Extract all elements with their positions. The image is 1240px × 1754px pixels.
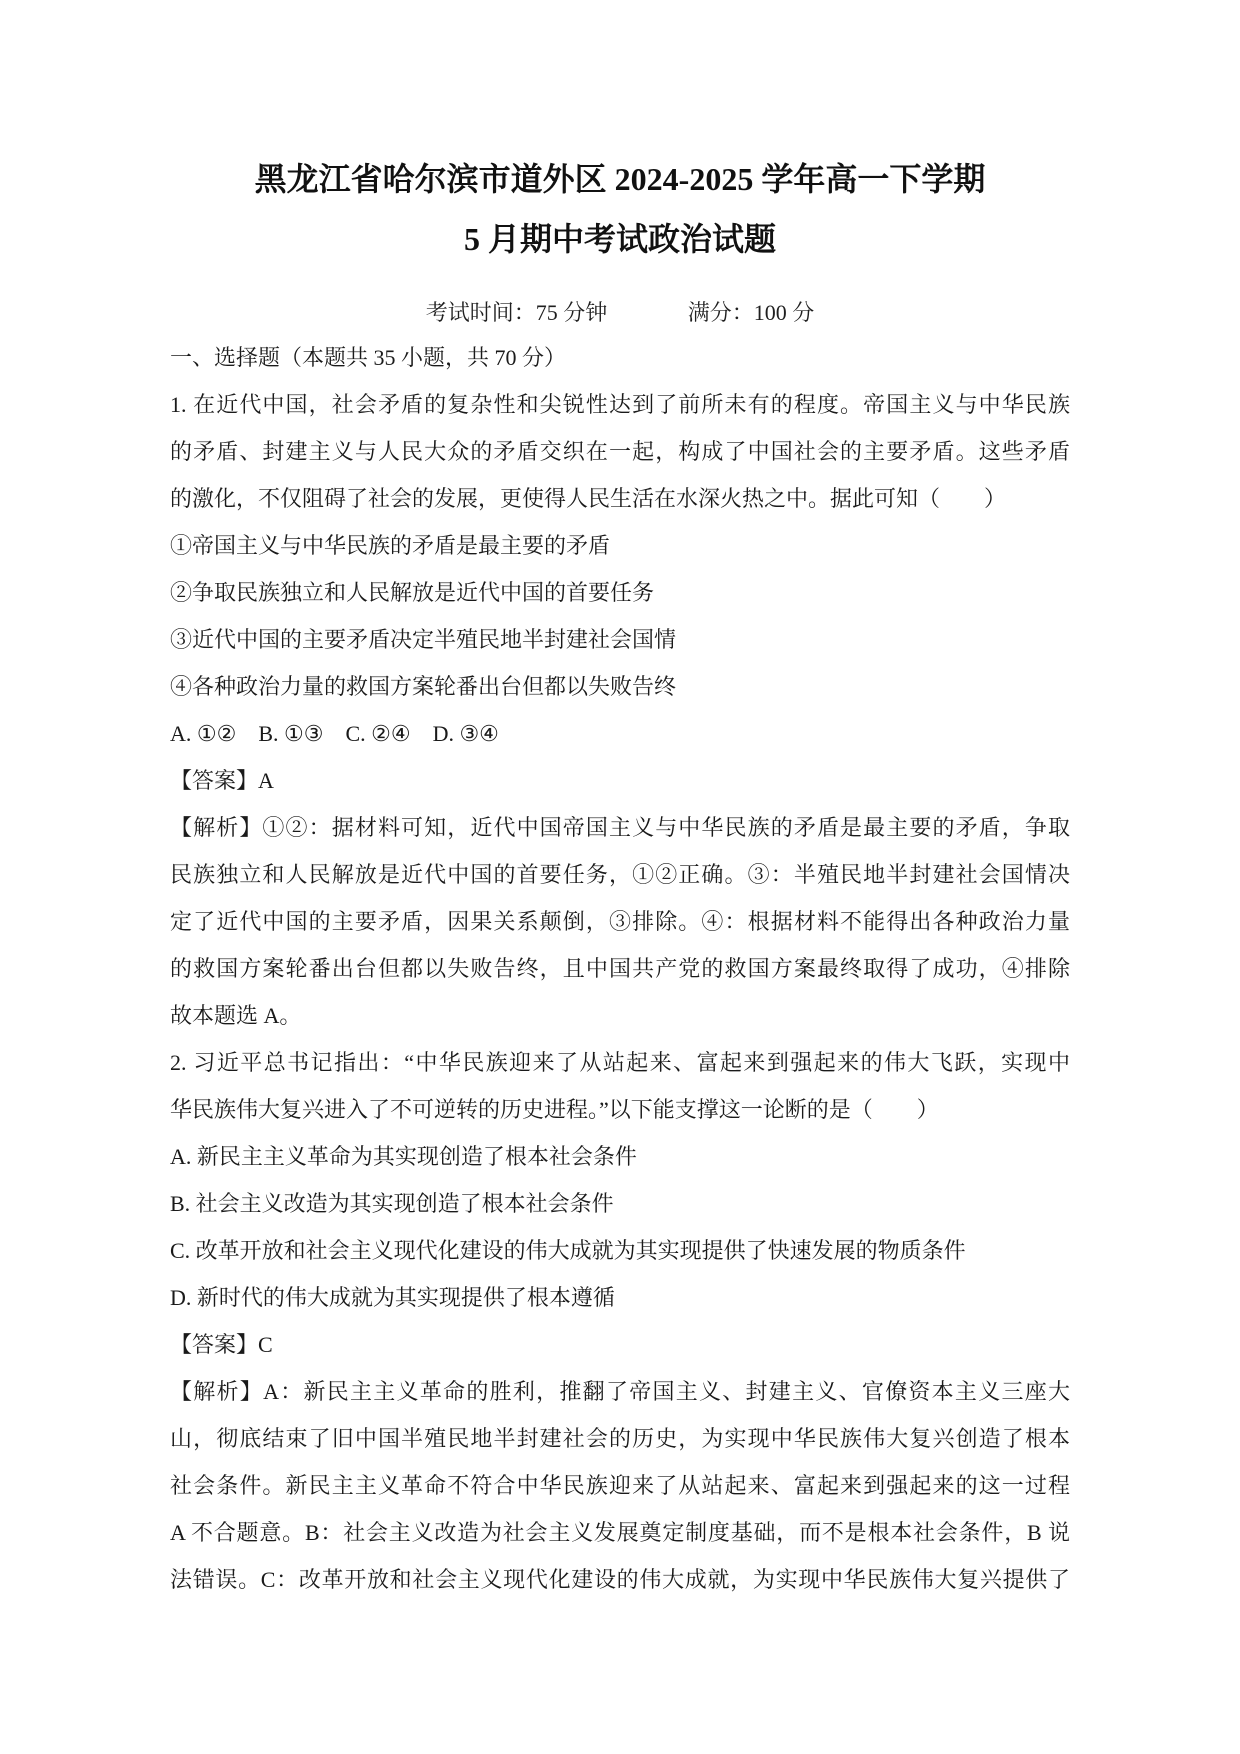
question-1-analysis-line: 民族独立和人民解放是近代中国的首要任务，①②正确。③：半殖民地半封建社会国情决 xyxy=(170,851,1070,898)
question-2-analysis-line: 社会条件。新民主主义革命不符合中华民族迎来了从站起来、富起来到强起来的这一过程 xyxy=(170,1462,1070,1509)
question-1-analysis-line: 的救国方案轮番出台但都以失败告终，且中国共产党的救国方案最终取得了成功，④排除 xyxy=(170,945,1070,992)
question-1-options: A. ①② B. ①③ C. ②④ D. ③④ xyxy=(170,710,1070,757)
exam-title-line1: 黑龙江省哈尔滨市道外区 2024-2025 学年高一下学期 xyxy=(0,0,1240,200)
question-2-option-b: B. 社会主义改造为其实现创造了根本社会条件 xyxy=(170,1180,1070,1227)
question-2-option-a: A. 新民主主义革命为其实现创造了根本社会条件 xyxy=(170,1133,1070,1180)
exam-full-score-label: 满分：100 分 xyxy=(688,300,815,326)
question-2-analysis-line: 【解析】A：新民主主义革命的胜利，推翻了帝国主义、封建主义、官僚资本主义三座大 xyxy=(170,1368,1070,1415)
question-1-answer: 【答案】A xyxy=(170,757,1070,804)
exam-document-page: 黑龙江省哈尔滨市道外区 2024-2025 学年高一下学期 5 月期中考试政治试… xyxy=(0,0,1240,1754)
question-1-analysis-line: 【解析】①②：据材料可知，近代中国帝国主义与中华民族的矛盾是最主要的矛盾，争取 xyxy=(170,804,1070,851)
question-1-analysis-conclusion: 故本题选 A。 xyxy=(170,992,1070,1039)
question-2-answer: 【答案】C xyxy=(170,1321,1070,1368)
question-1-stem-line: 的激化，不仅阻碍了社会的发展，更使得人民生活在水深火热之中。据此可知（ ） xyxy=(170,475,1070,522)
question-1-item-2: ②争取民族独立和人民解放是近代中国的首要任务 xyxy=(170,569,1070,616)
exam-info-line: 考试时间：75 分钟 满分：100 分 xyxy=(0,300,1240,326)
question-1-item-4: ④各种政治力量的救国方案轮番出台但都以失败告终 xyxy=(170,663,1070,710)
question-2-stem-line: 华民族伟大复兴进入了不可逆转的历史进程。”以下能支撑这一论断的是（ ） xyxy=(170,1086,1070,1133)
question-1-stem-line: 的矛盾、封建主义与人民大众的矛盾交织在一起，构成了中国社会的主要矛盾。这些矛盾 xyxy=(170,428,1070,475)
question-2-option-c: C. 改革开放和社会主义现代化建设的伟大成就为其实现提供了快速发展的物质条件 xyxy=(170,1227,1070,1274)
question-1-item-1: ①帝国主义与中华民族的矛盾是最主要的矛盾 xyxy=(170,522,1070,569)
exam-title-line2: 5 月期中考试政治试题 xyxy=(0,218,1240,260)
question-2-analysis-line: 山，彻底结束了旧中国半殖民地半封建社会的历史，为实现中华民族伟大复兴创造了根本 xyxy=(170,1415,1070,1462)
question-2-analysis-line: A 不合题意。B：社会主义改造为社会主义发展奠定制度基础，而不是根本社会条件，B… xyxy=(170,1509,1070,1556)
section-heading: 一、选择题（本题共 35 小题，共 70 分） xyxy=(170,334,1070,381)
question-2-option-d: D. 新时代的伟大成就为其实现提供了根本遵循 xyxy=(170,1274,1070,1321)
question-1-stem-line: 1. 在近代中国，社会矛盾的复杂性和尖锐性达到了前所未有的程度。帝国主义与中华民… xyxy=(170,381,1070,428)
question-2-analysis-line: 法错误。C：改革开放和社会主义现代化建设的伟大成就，为实现中华民族伟大复兴提供了 xyxy=(170,1556,1070,1603)
question-1-analysis-line: 定了近代中国的主要矛盾，因果关系颠倒，③排除。④：根据材料不能得出各种政治力量 xyxy=(170,898,1070,945)
question-1-item-3: ③近代中国的主要矛盾决定半殖民地半封建社会国情 xyxy=(170,616,1070,663)
exam-text-lines: 1. 在近代中国，社会矛盾的复杂性和尖锐性达到了前所未有的程度。帝国主义与中华民… xyxy=(170,381,1070,1603)
question-2-stem-line: 2. 习近平总书记指出：“中华民族迎来了从站起来、富起来到强起来的伟大飞跃，实现… xyxy=(170,1039,1070,1086)
exam-body: 一、选择题（本题共 35 小题，共 70 分） 1. 在近代中国，社会矛盾的复杂… xyxy=(170,334,1070,1603)
exam-time-label: 考试时间：75 分钟 xyxy=(426,300,608,326)
